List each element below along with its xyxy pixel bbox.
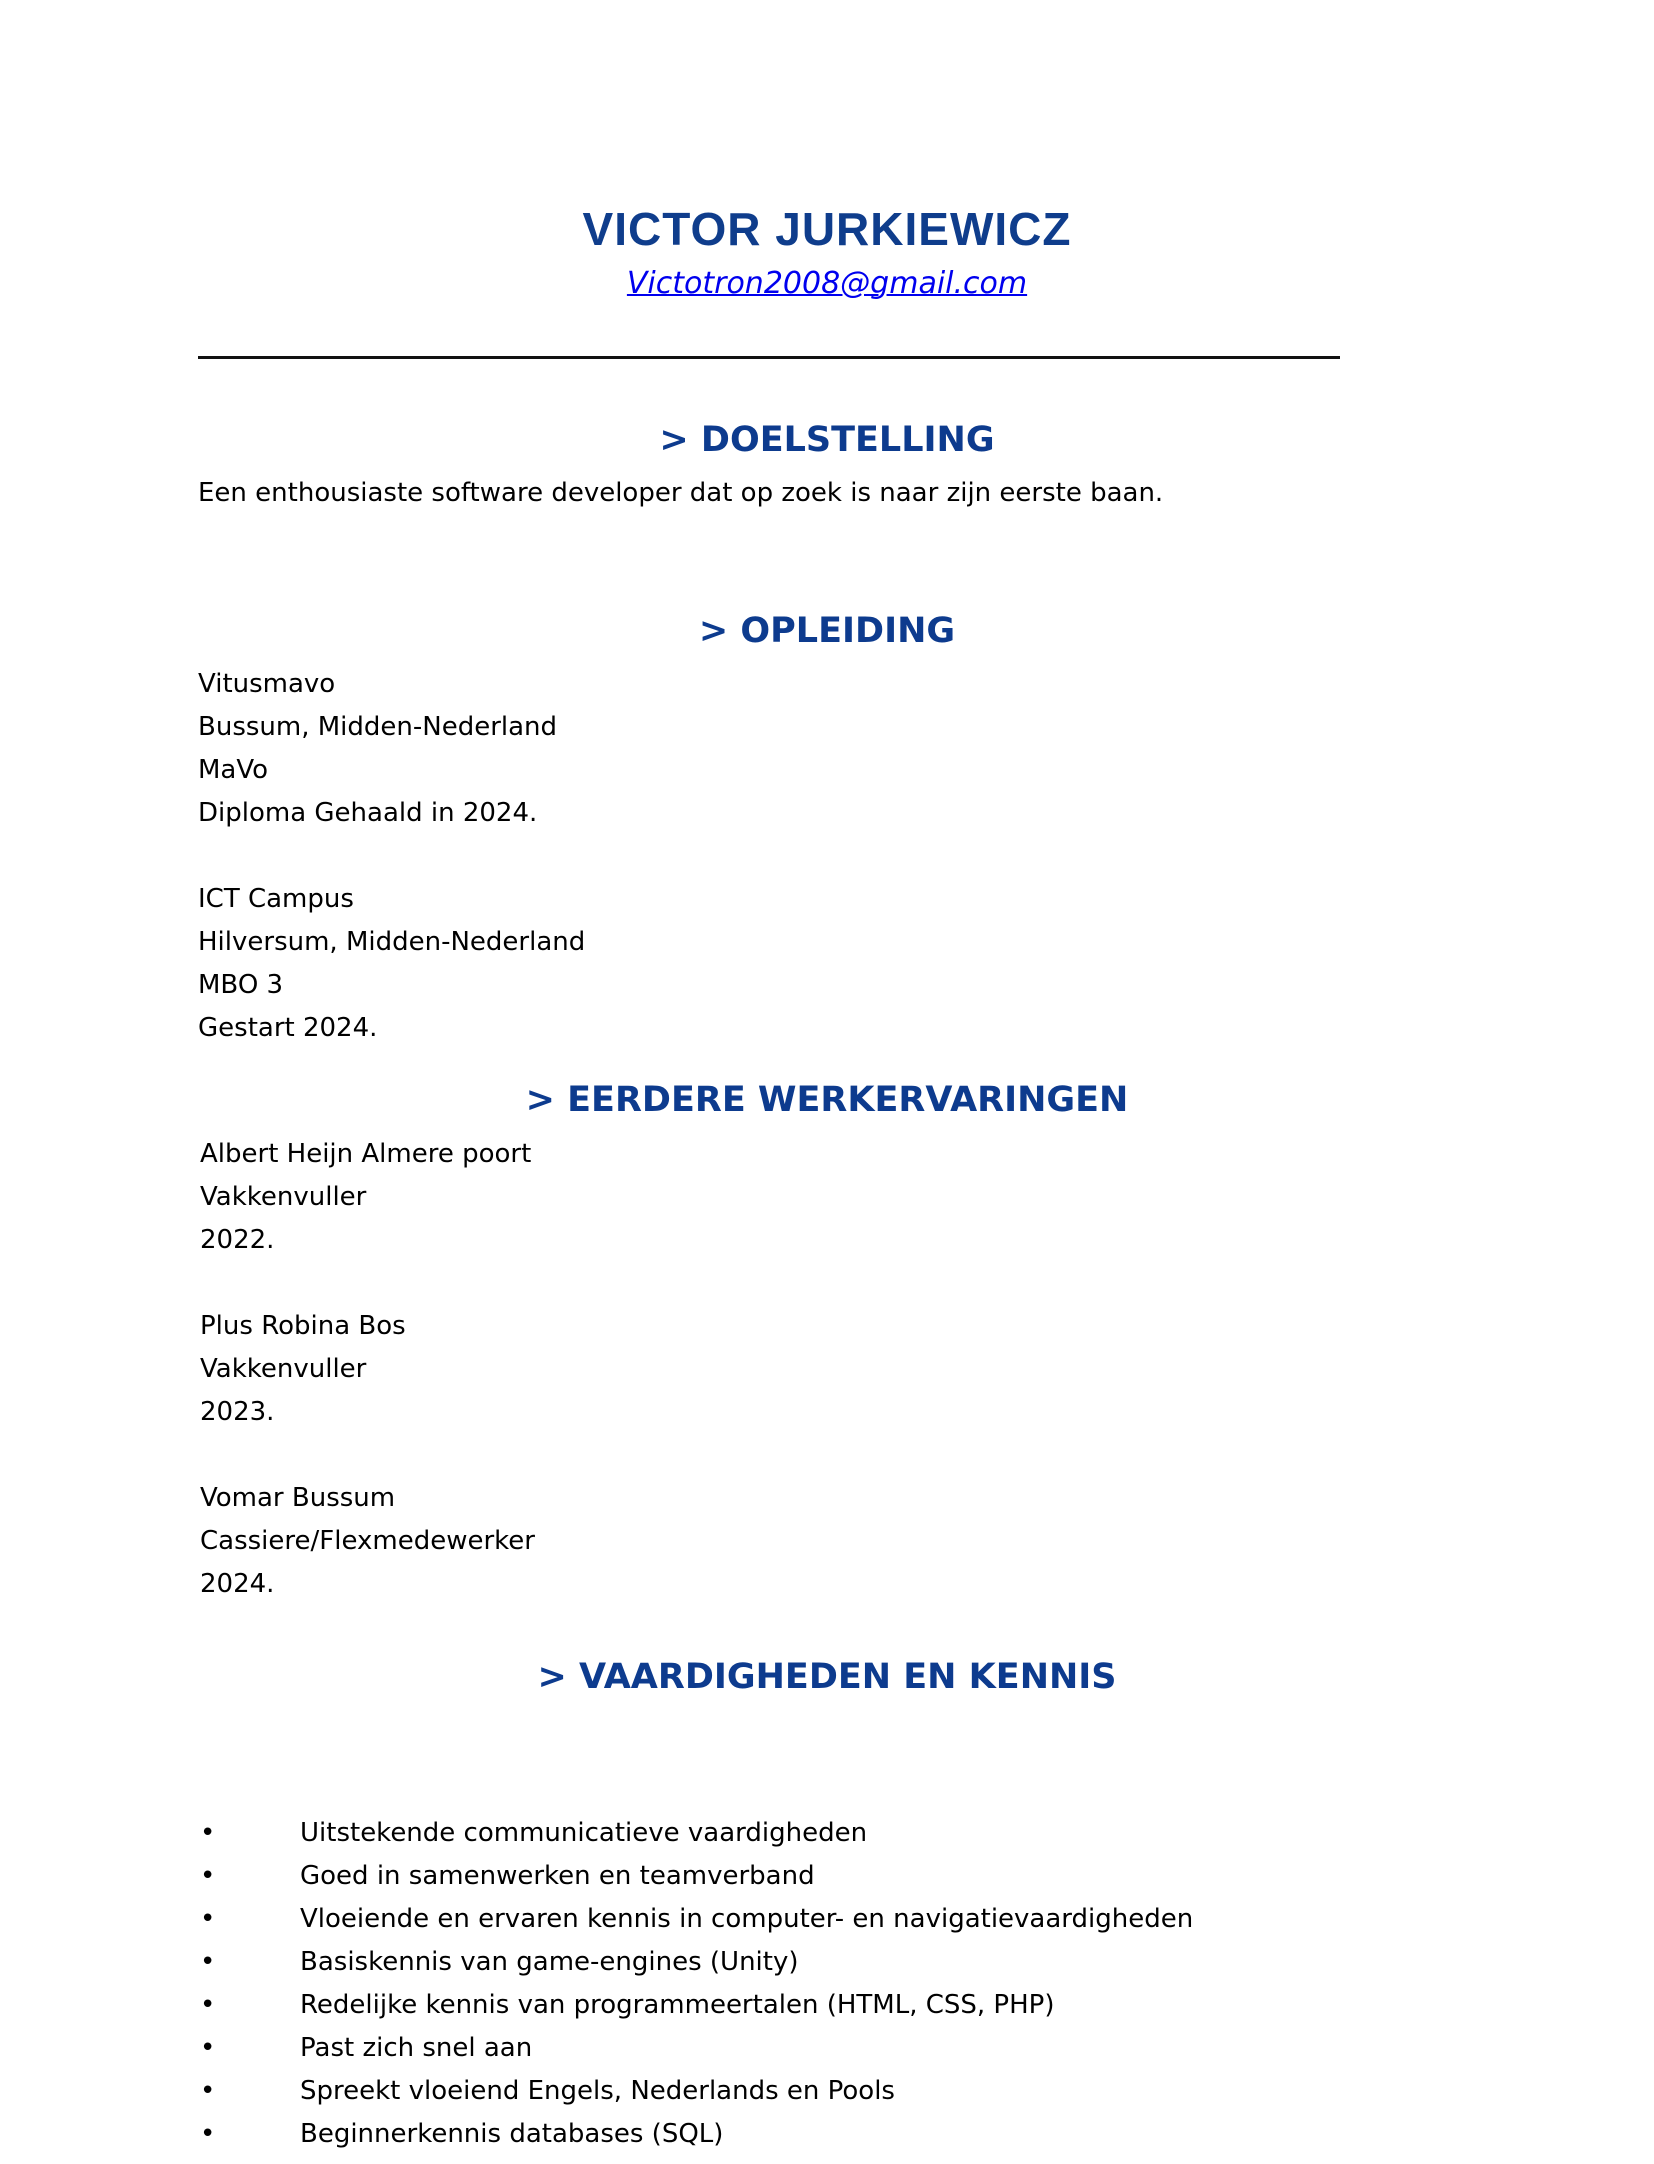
experience-list: Albert Heijn Almere poort Vakkenvuller 2… bbox=[200, 1133, 535, 1606]
skill-item: •Vloeiende en ervaren kennis in computer… bbox=[200, 1898, 1193, 1941]
email-line: Victotron2008@gmail.com bbox=[0, 264, 1654, 304]
skill-text: Uitstekende communicatieve vaardigheden bbox=[300, 1818, 867, 1848]
education-location: Hilversum, Midden-Nederland bbox=[198, 921, 585, 964]
objective-text: Een enthousiaste software developer dat … bbox=[198, 472, 1163, 515]
education-school: Vitusmavo bbox=[198, 663, 585, 706]
experience-role: Cassiere/Flexmedewerker bbox=[200, 1520, 535, 1563]
bullet-icon: • bbox=[200, 2070, 220, 2113]
header-divider bbox=[198, 356, 1340, 359]
section-heading-experience: > EERDERE WERKERVARINGEN bbox=[0, 1078, 1654, 1122]
education-level: MaVo bbox=[198, 749, 585, 792]
skill-item: •Spreekt vloeiend Engels, Nederlands en … bbox=[200, 2070, 1193, 2113]
spacer bbox=[200, 1262, 535, 1305]
experience-role: Vakkenvuller bbox=[200, 1176, 535, 1219]
skill-item: •Goed in samenwerken en teamverband bbox=[200, 1855, 1193, 1898]
bullet-icon: • bbox=[200, 1855, 220, 1898]
education-status: Diploma Gehaald in 2024. bbox=[198, 792, 585, 835]
education-entry: ICT Campus Hilversum, Midden-Nederland M… bbox=[198, 878, 585, 1050]
skill-text: Basiskennis van game-engines (Unity) bbox=[300, 1947, 799, 1977]
skill-item: •Beginnerkennis databases (SQL) bbox=[200, 2113, 1193, 2156]
education-school: ICT Campus bbox=[198, 878, 585, 921]
email-link[interactable]: Victotron2008@gmail.com bbox=[627, 266, 1027, 301]
experience-entry: Plus Robina Bos Vakkenvuller 2023. bbox=[200, 1305, 535, 1434]
education-list: Vitusmavo Bussum, Midden-Nederland MaVo … bbox=[198, 663, 585, 1050]
skill-text: Goed in samenwerken en teamverband bbox=[300, 1861, 815, 1891]
skill-text: Past zich snel aan bbox=[300, 2033, 532, 2063]
education-location: Bussum, Midden-Nederland bbox=[198, 706, 585, 749]
skills-list: •Uitstekende communicatieve vaardigheden… bbox=[200, 1812, 1193, 2156]
skill-item: •Uitstekende communicatieve vaardigheden bbox=[200, 1812, 1193, 1855]
bullet-icon: • bbox=[200, 1984, 220, 2027]
skill-text: Beginnerkennis databases (SQL) bbox=[300, 2119, 723, 2149]
skill-item: •Past zich snel aan bbox=[200, 2027, 1193, 2070]
bullet-icon: • bbox=[200, 1812, 220, 1855]
skill-item: •Redelijke kennis van programmeertalen (… bbox=[200, 1984, 1193, 2027]
bullet-icon: • bbox=[200, 2113, 220, 2156]
skill-text: Spreekt vloeiend Engels, Nederlands en P… bbox=[300, 2076, 895, 2106]
experience-year: 2022. bbox=[200, 1219, 535, 1262]
skill-item: •Basiskennis van game-engines (Unity) bbox=[200, 1941, 1193, 1984]
bullet-icon: • bbox=[200, 1941, 220, 1984]
spacer bbox=[198, 835, 585, 878]
education-entry: Vitusmavo Bussum, Midden-Nederland MaVo … bbox=[198, 663, 585, 835]
experience-employer: Plus Robina Bos bbox=[200, 1305, 535, 1348]
section-heading-education: > OPLEIDING bbox=[0, 609, 1654, 653]
experience-employer: Albert Heijn Almere poort bbox=[200, 1133, 535, 1176]
candidate-name: VICTOR JURKIEWICZ bbox=[0, 203, 1654, 255]
section-heading-skills: > VAARDIGHEDEN EN KENNIS bbox=[0, 1655, 1654, 1699]
education-status: Gestart 2024. bbox=[198, 1007, 585, 1050]
bullet-icon: • bbox=[200, 1898, 220, 1941]
experience-employer: Vomar Bussum bbox=[200, 1477, 535, 1520]
bullet-icon: • bbox=[200, 2027, 220, 2070]
section-heading-objective: > DOELSTELLING bbox=[0, 418, 1654, 462]
experience-year: 2024. bbox=[200, 1563, 535, 1606]
skill-text: Vloeiende en ervaren kennis in computer-… bbox=[300, 1904, 1193, 1934]
skill-text: Redelijke kennis van programmeertalen (H… bbox=[300, 1990, 1054, 2020]
education-level: MBO 3 bbox=[198, 964, 585, 1007]
experience-entry: Albert Heijn Almere poort Vakkenvuller 2… bbox=[200, 1133, 535, 1262]
experience-entry: Vomar Bussum Cassiere/Flexmedewerker 202… bbox=[200, 1477, 535, 1606]
spacer bbox=[200, 1434, 535, 1477]
experience-year: 2023. bbox=[200, 1391, 535, 1434]
experience-role: Vakkenvuller bbox=[200, 1348, 535, 1391]
